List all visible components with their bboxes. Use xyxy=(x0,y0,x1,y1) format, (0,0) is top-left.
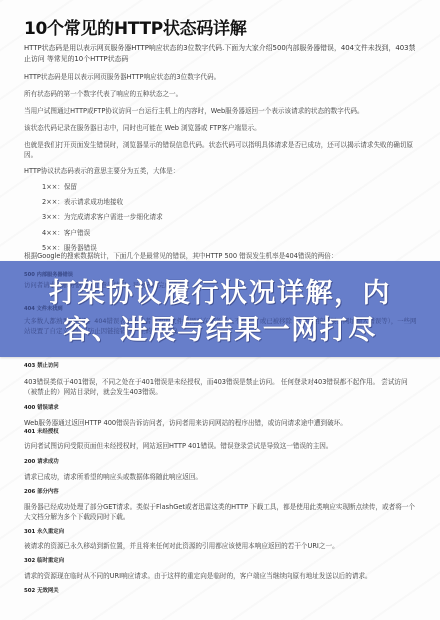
intro-paragraph: HTTP状态码是用以表示网页服务器HTTP响应状态的3位数字代码.下面为大家介绍… xyxy=(24,43,419,64)
banner-headline-line1: 打架协议履行状况详解，内 xyxy=(0,275,440,312)
section-heading-502: 502 无效网关 xyxy=(24,587,59,595)
section-body-301: 被请求的资源已永久移动到新位置，并且将来任何对此资源的引用都应该使用本响应返回的… xyxy=(24,541,419,551)
section-heading-301: 301 永久重定向 xyxy=(24,528,64,536)
section-body-206: 服务器已经成功处理了部分GET请求。类似于FlashGet或者迅雷这类的HTTP… xyxy=(24,502,419,522)
section-body-302: 请求的资源现在临时从不同的URI响应请求。由于这样的重定向是临时的，客户端应当继… xyxy=(24,571,419,581)
paragraph: 该状态代码记录在服务器日志中，同时也可能在 Web 浏览器或 FTP客户端显示。 xyxy=(24,123,419,133)
section-heading-400: 400 错误请求 xyxy=(24,404,59,412)
document-title: 10个常见的HTTP状态码详解 xyxy=(24,14,246,39)
paragraph: 所有状态码的第一个数字代表了响应的五种状态之一。 xyxy=(24,89,419,99)
headline-banner: 500 内部服务器错误 访问者请求时服务器遇到了意外情况，导致无法完成请求。 4… xyxy=(0,261,440,357)
paragraph: 也就是我们打开页面发生错误时，浏览器显示的错误信息代码。状态代码可以指明具体请求… xyxy=(24,140,419,160)
section-body-400: Web服务器通过返回HTTP 400错误告诉访问者，访问者用来访问网站的程序出错… xyxy=(24,418,419,428)
section-body-401: 访问者试图访问受限页面但未经授权时，网站返回HTTP 401错误。错误登录尝试是… xyxy=(24,441,419,451)
category-list-item: 4××：客户错误 xyxy=(42,228,90,238)
banner-headline-line2: 容、进展与结果一网打尽 xyxy=(0,312,440,349)
category-list-item: 2××：表示请求成功地接收 xyxy=(42,197,123,207)
section-body-403: 403错误类似于401错误，不同之处在于401错误是未经授权，而403错误是禁止… xyxy=(24,377,419,397)
section-heading-206: 206 部分内容 xyxy=(24,488,59,496)
section-heading-403: 403 禁止访问 xyxy=(24,362,59,370)
category-list-item: 1××：保留 xyxy=(42,182,77,192)
section-heading-200: 200 请求成功 xyxy=(24,458,59,466)
google-stat-paragraph: 根据Google的搜索数据统计，下面几个是最常见的错误，其中HTTP 500 错… xyxy=(24,251,419,261)
paragraph: 当用户试图通过HTTP或FTP协议访问一台运行主机上的内容时，Web服务器返回一… xyxy=(24,106,419,116)
paragraph: HTTP协议状态码表示的意思主要分为五类，大体是： xyxy=(24,166,419,176)
section-body-200: 请求已成功，请求所希望的响应头或数据体将随此响应返回。 xyxy=(24,472,419,482)
document-page: 10个常见的HTTP状态码详解 HTTP状态码是用以表示网页服务器HTTP响应状… xyxy=(0,0,440,620)
banner-headline: 打架协议履行状况详解，内 容、进展与结果一网打尽 xyxy=(0,275,440,349)
paragraph: HTTP状态码是用以表示网页服务器HTTP响应状态的3位数字代码。 xyxy=(24,72,419,82)
section-heading-401: 401 未经授权 xyxy=(24,428,59,436)
section-heading-302: 302 临时重定向 xyxy=(24,557,64,565)
category-list-item: 3××：为完成请求客户需进一步细化请求 xyxy=(42,212,163,222)
